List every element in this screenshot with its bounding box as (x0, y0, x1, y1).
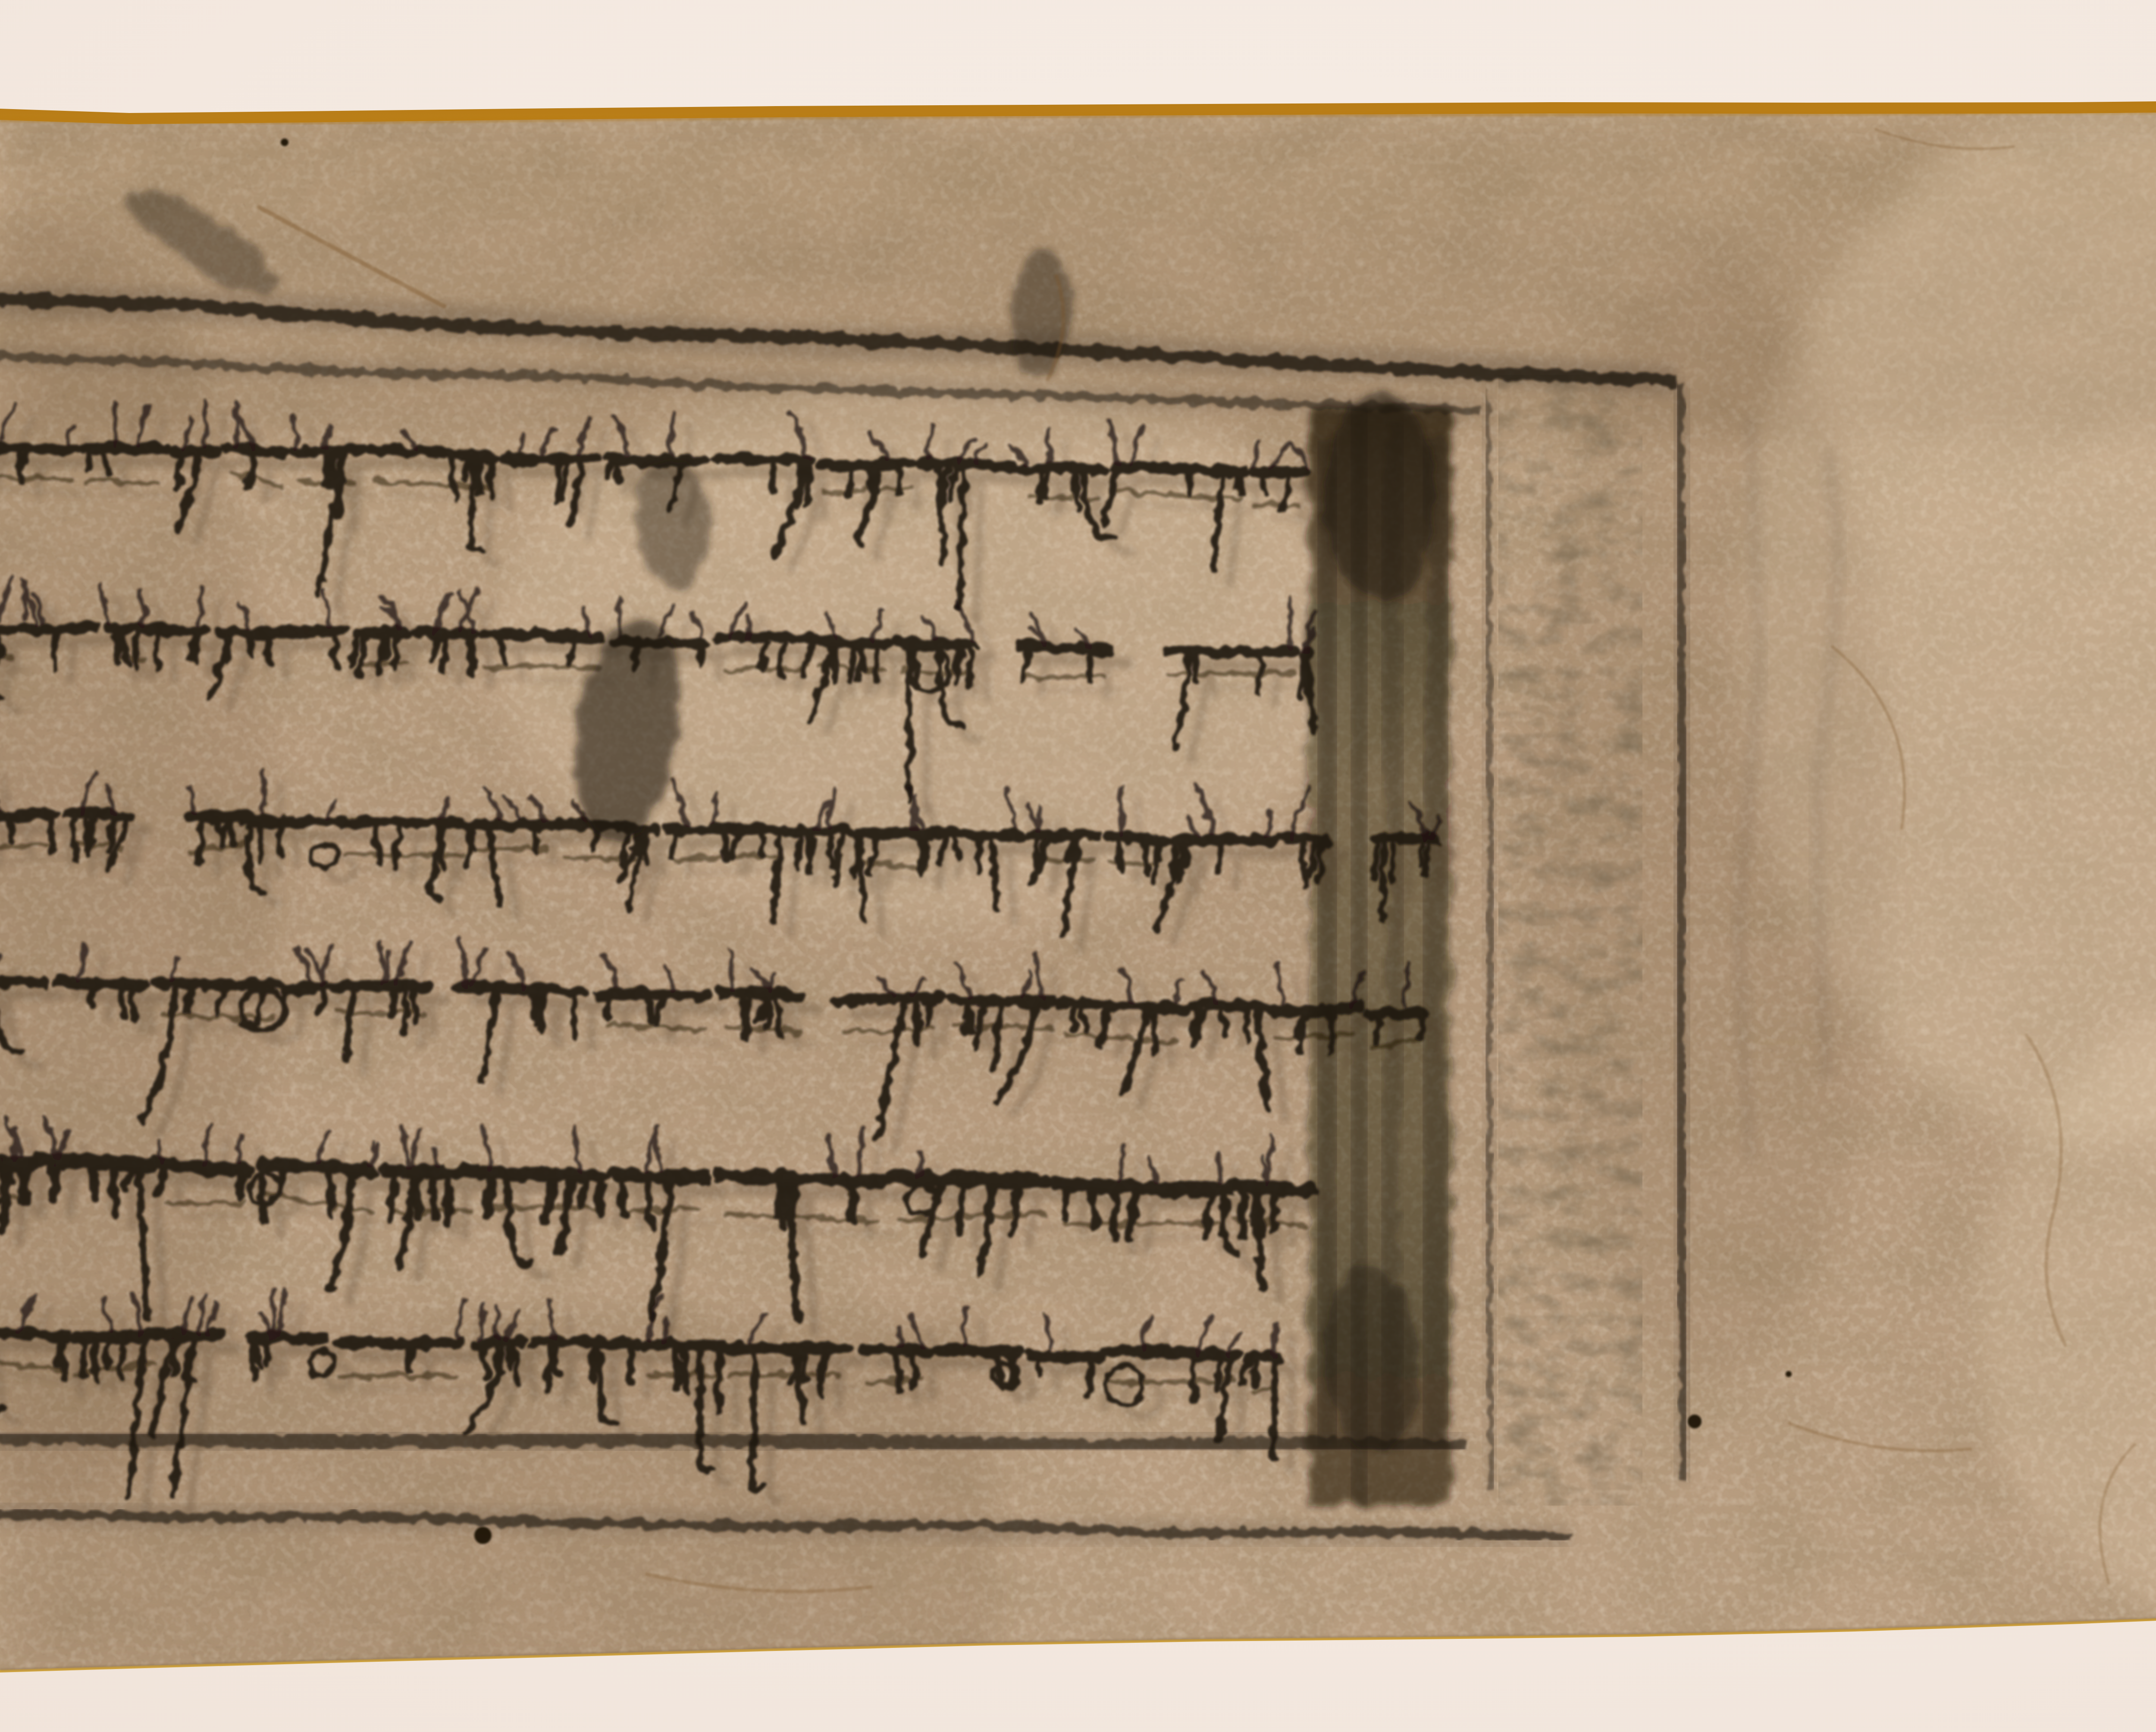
frame-line-right-vertical (1678, 383, 1685, 1480)
ink-smudge (1324, 392, 1436, 599)
ink-speck (474, 1527, 492, 1544)
ink-speck (281, 138, 288, 146)
mottled-margin-column (1501, 397, 1639, 1484)
photo-canvas (0, 0, 2156, 1732)
ink-speck (1786, 1371, 1792, 1377)
manuscript-photo (0, 0, 2156, 1732)
ink-speck (1688, 1415, 1702, 1428)
frame-line-inner-bottom (0, 1436, 1466, 1447)
